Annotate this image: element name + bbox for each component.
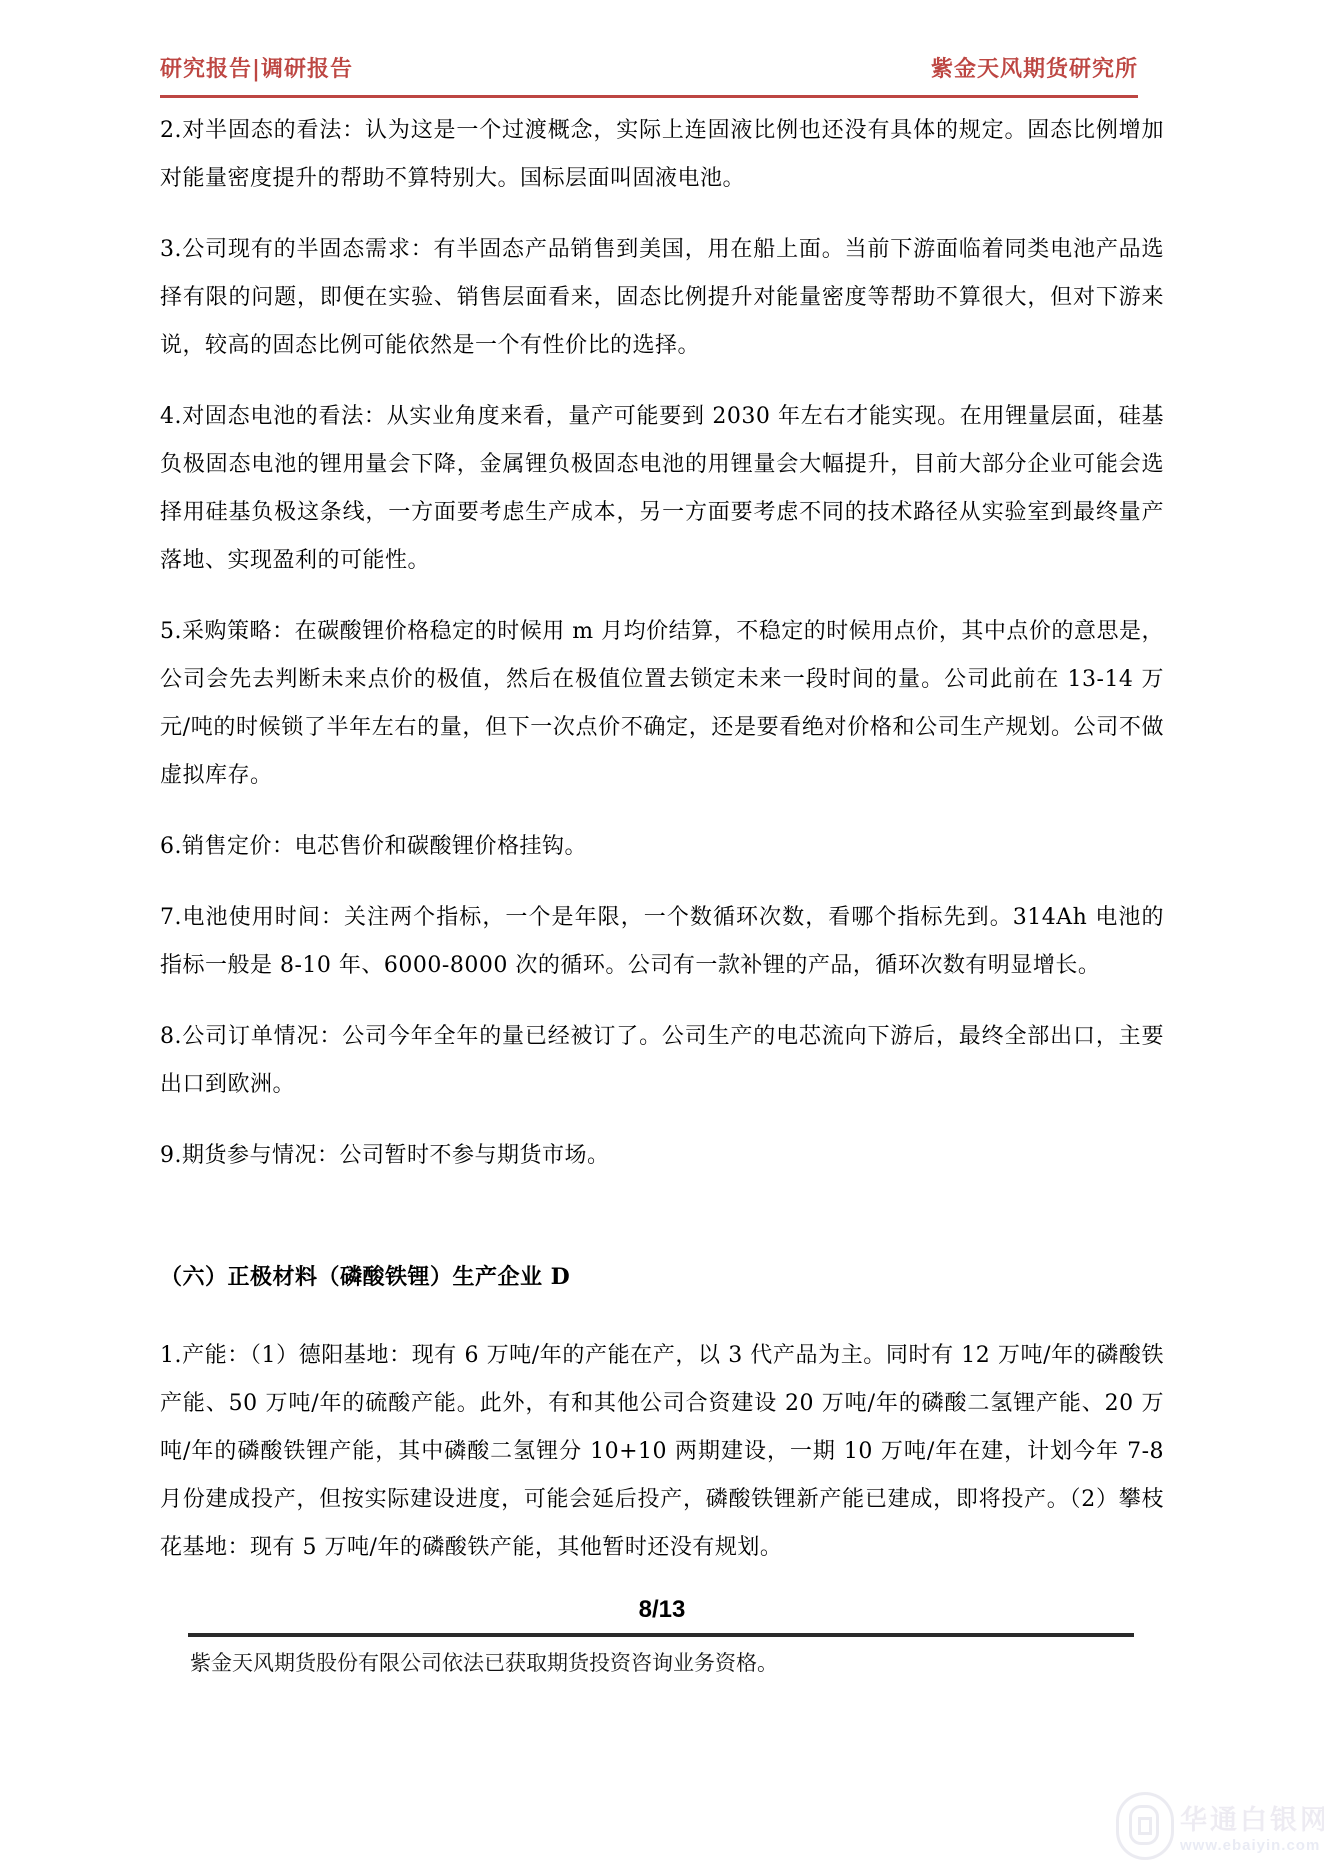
paragraph-8: 8.公司订单情况：公司今年全年的量已经被订了。公司生产的电芯流向下游后，最终全部… [160,1013,1164,1109]
watermark-site-url: www.ebaiyin.com [1180,1837,1324,1854]
paragraph-2: 2.对半固态的看法：认为这是一个过渡概念，实际上连固液比例也还没有具体的规定。固… [160,107,1164,203]
paragraph-3: 3.公司现有的半固态需求：有半固态产品销售到美国，用在船上面。当前下游面临着同类… [160,226,1164,370]
watermark: 华通白银网 www.ebaiyin.com [1116,1792,1324,1860]
document-body: 2.对半固态的看法：认为这是一个过渡概念，实际上连固液比例也还没有具体的规定。固… [160,98,1164,1679]
section-six-paragraph-1: 1.产能：（1）德阳基地：现有 6 万吨/年的产能在产，以 3 代产品为主。同时… [160,1332,1164,1572]
paragraph-7: 7.电池使用时间：关注两个指标，一个是年限，一个数循环次数，看哪个指标先到。31… [160,894,1164,990]
watermark-site-name: 华通白银网 [1180,1798,1324,1837]
footer-disclaimer: 紫金天风期货股份有限公司依法已获取期货投资咨询业务资格。 [190,1649,1164,1679]
watermark-text: 华通白银网 www.ebaiyin.com [1180,1798,1324,1854]
watermark-logo-icon [1116,1792,1174,1860]
paragraph-6: 6.销售定价：电芯售价和碳酸锂价格挂钩。 [160,823,1164,871]
report-page: 研究报告|调研报告 紫金天风期货研究所 2.对半固态的看法：认为这是一个过渡概念… [0,0,1324,1872]
paragraph-9: 9.期货参与情况：公司暂时不参与期货市场。 [160,1132,1164,1180]
paragraph-4: 4.对固态电池的看法：从实业角度来看，量产可能要到 2030 年左右才能实现。在… [160,393,1164,585]
header-institute-name: 紫金天风期货研究所 [931,52,1138,83]
section-heading-six: （六）正极材料（磷酸铁锂）生产企业 D [160,1260,1164,1294]
report-header: 研究报告|调研报告 紫金天风期货研究所 [160,52,1138,98]
footer-divider [188,1633,1134,1637]
page-number: 8/13 [160,1595,1164,1625]
paragraph-5: 5.采购策略：在碳酸锂价格稳定的时候用 m 月均价结算，不稳定的时候用点价，其中… [160,608,1164,800]
header-report-type: 研究报告|调研报告 [160,52,353,83]
